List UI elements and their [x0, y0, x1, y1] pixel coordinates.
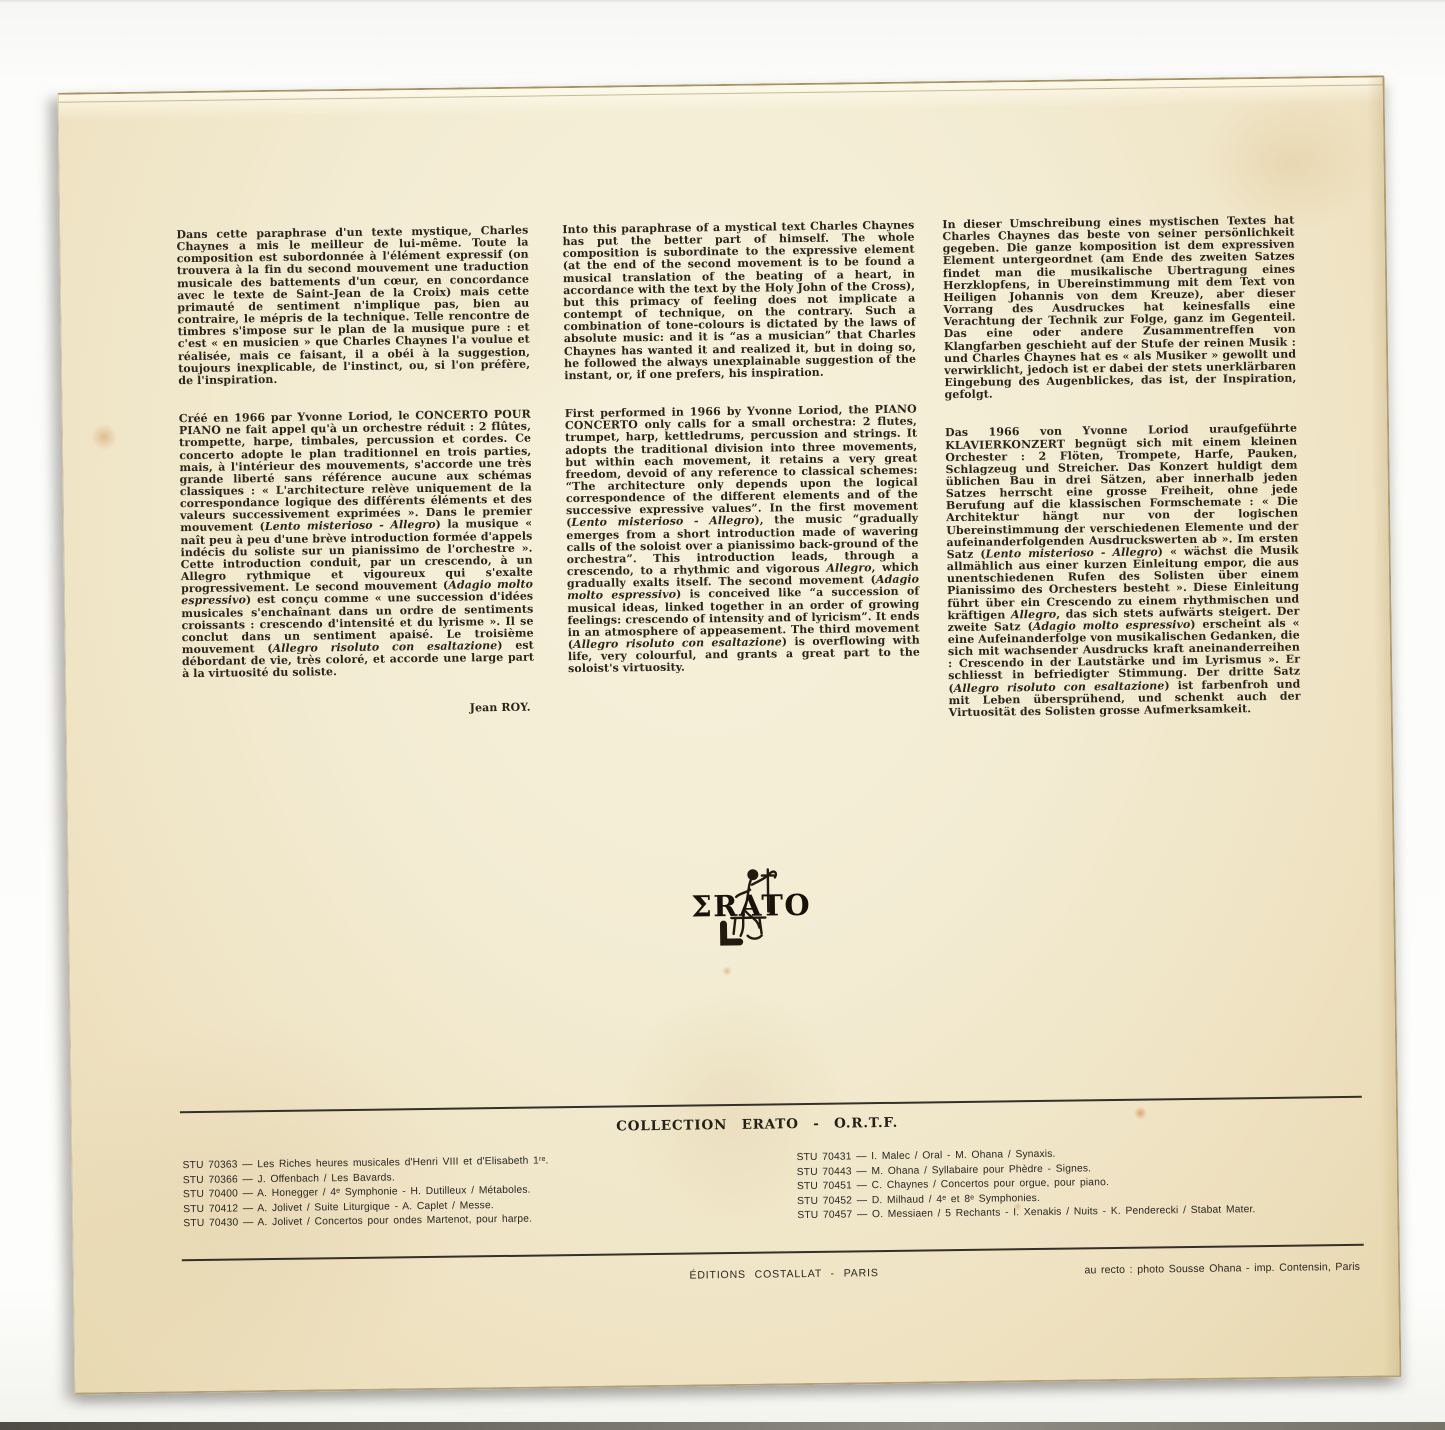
column-german: In dieser Umschreibung eines mystischen … [942, 215, 1301, 720]
erato-logo-text: ΣRATO [651, 889, 851, 922]
column-french: Dans cette paraphrase d'un texte mystiqu… [176, 225, 534, 719]
english-paragraph-1: Into this paraphrase of a mystical text … [562, 220, 916, 383]
divider-line-bottom [182, 1244, 1364, 1261]
english-paragraph-2: First performed in 1966 by Yvonne Loriod… [565, 404, 920, 676]
record-sleeve-back: Dans cette paraphrase d'un texte mystiqu… [58, 75, 1402, 1394]
erato-logo: ΣRATO [651, 862, 852, 965]
photo-print-credit: au recto : photo Sousse Ohana - imp. Con… [1080, 1261, 1360, 1277]
catalog-list-right: STU 70431 — I. Malec / Oral - M. Ohana /… [796, 1145, 1255, 1224]
sleeve-right-edge [1366, 77, 1399, 1375]
german-paragraph-2: Das 1966 von Yvonne Loriod uraufgeführte… [945, 423, 1301, 719]
german-paragraph-1: In dieser Umschreibung eines mystischen … [942, 215, 1296, 402]
french-paragraph-2: Créé en 1966 par Yvonne Loriod, le CONCE… [179, 409, 534, 681]
author-signature: Jean ROY. [183, 702, 535, 719]
catalog-list-left: STU 70363 — Les Riches heures musicales … [183, 1154, 550, 1232]
french-paragraph-1: Dans cette paraphrase d'un texte mystiqu… [176, 225, 530, 388]
photo-edge-top [0, 0, 1445, 3]
column-english: Into this paraphrase of a mystical text … [562, 220, 920, 676]
paper-stain [91, 424, 117, 450]
scan-background: Dans cette paraphrase d'un texte mystiqu… [0, 0, 1445, 1430]
paper-stain [722, 966, 732, 976]
publisher-credit: ÉDITIONS COSTALLAT - PARIS [634, 1266, 934, 1282]
photo-edge-bottom [0, 1422, 1445, 1430]
collection-title: COLLECTION ERATO - O.R.T.F. [162, 1109, 1352, 1141]
paper-stain [1199, 91, 1381, 233]
